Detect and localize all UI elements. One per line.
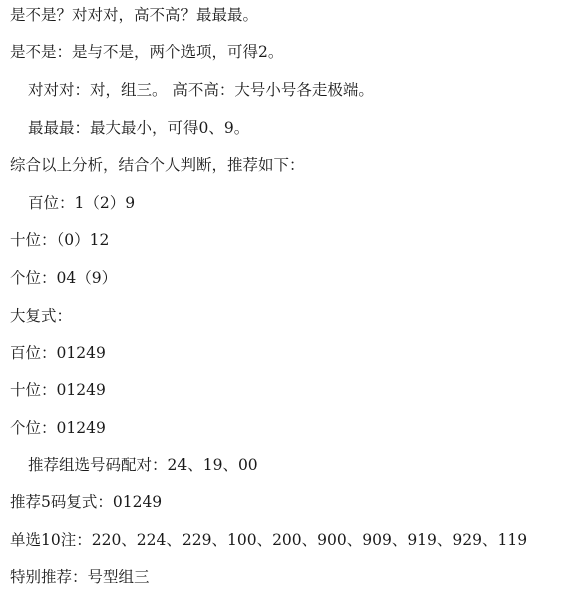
five-code-combo-line: 推荐5码复式：01249 <box>10 490 162 514</box>
big-combo-units-line: 个位：01249 <box>10 416 106 440</box>
big-combo-tens-line: 十位：01249 <box>10 378 106 402</box>
analysis-extreme-line: 最最最：最大最小，可得0、9。 <box>28 116 249 140</box>
summary-heading: 综合以上分析，结合个人判断，推荐如下： <box>10 153 305 177</box>
analysis-pair-high-line: 对对对：对，组三。 高不高：大号小号各走极端。 <box>28 78 374 102</box>
hundreds-pick-line: 百位：1（2）9 <box>28 191 135 215</box>
intro-question-line: 是不是？对对对，高不高？最最最。 <box>10 3 258 27</box>
big-combo-hundreds-line: 百位：01249 <box>10 341 106 365</box>
single-ten-bets-line: 单选10注：220、224、229、100、200、900、909、919、92… <box>10 528 527 552</box>
units-pick-line: 个位：04（9） <box>10 266 117 290</box>
group-pair-recommend-line: 推荐组选号码配对：24、19、00 <box>28 453 258 477</box>
special-recommend-line: 特别推荐：号型组三 <box>10 565 150 589</box>
big-combo-heading: 大复式： <box>10 304 72 328</box>
tens-pick-line: 十位：（0）12 <box>10 228 109 252</box>
analysis-yes-no-line: 是不是：是与不是，两个选项，可得2。 <box>10 40 283 64</box>
